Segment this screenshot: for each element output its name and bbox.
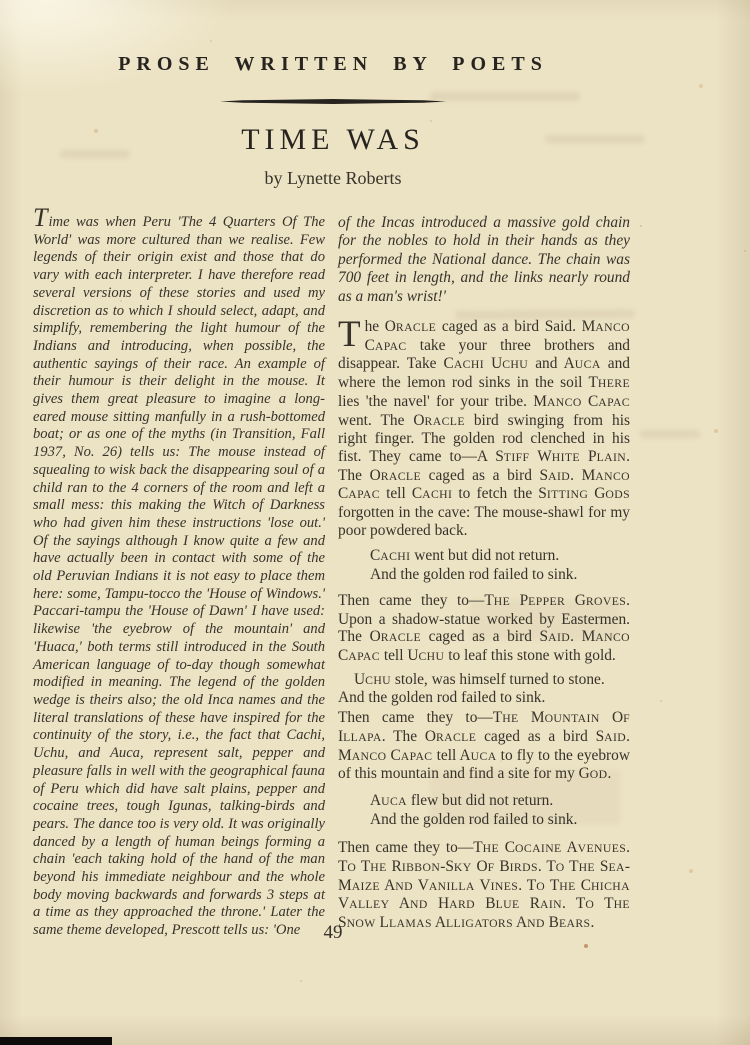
- right-column: of the Incas introduced a massive gold c…: [338, 214, 630, 940]
- cachi-couplet: CACHI went but did not return. And the g…: [370, 547, 630, 583]
- scanned-book-page: PROSE WRITTEN BY POETS TIME WAS by Lynet…: [0, 0, 750, 1045]
- running-header: PROSE WRITTEN BY POETS: [33, 53, 633, 76]
- show-through-smudge: [640, 430, 700, 438]
- article-title: TIME WAS: [33, 123, 633, 157]
- couplet-line: CACHI went but did not return.: [370, 547, 630, 566]
- text-block: PROSE WRITTEN BY POETS TIME WAS by Lynet…: [33, 0, 633, 940]
- page-number: 49: [33, 922, 633, 944]
- article-byline: by Lynette Roberts: [33, 168, 633, 189]
- auca-couplet: AUCA flew but did not return. And the go…: [370, 792, 630, 828]
- mountain-paragraph: Then came they to—THE MOUNTAIN OF ILLAPA…: [338, 709, 630, 784]
- introduction-paragraph: Time was when Peru 'The 4 Quarters Of Th…: [33, 214, 325, 940]
- left-column: Time was when Peru 'The 4 Quarters Of Th…: [33, 214, 325, 940]
- cocaine-avenues-paragraph: Then came they to—THE COCAINE AVENUES. T…: [338, 839, 630, 933]
- intro-continuation-paragraph: of the Incas introduced a massive gold c…: [338, 214, 630, 306]
- golden-rod-line: And the golden rod failed to sink.: [338, 689, 630, 707]
- oracle-paragraph: The ORACLE caged as a bird Said. MANCO C…: [338, 318, 630, 539]
- uchu-line: UCHU stole, was himself turned to stone.: [354, 671, 630, 690]
- couplet-line: And the golden rod failed to sink.: [370, 811, 630, 829]
- swelled-rule-divider: [220, 99, 446, 104]
- paper-speckle-texture: [0, 0, 2, 2]
- couplet-line: AUCA flew but did not return.: [370, 792, 630, 811]
- couplet-line: And the golden rod failed to sink.: [370, 566, 630, 584]
- scan-edge-artifact: [0, 1037, 112, 1045]
- two-column-body: Time was when Peru 'The 4 Quarters Of Th…: [33, 214, 633, 940]
- pepper-groves-paragraph: Then came they to—THE PEPPER GROVES. Upo…: [338, 592, 630, 666]
